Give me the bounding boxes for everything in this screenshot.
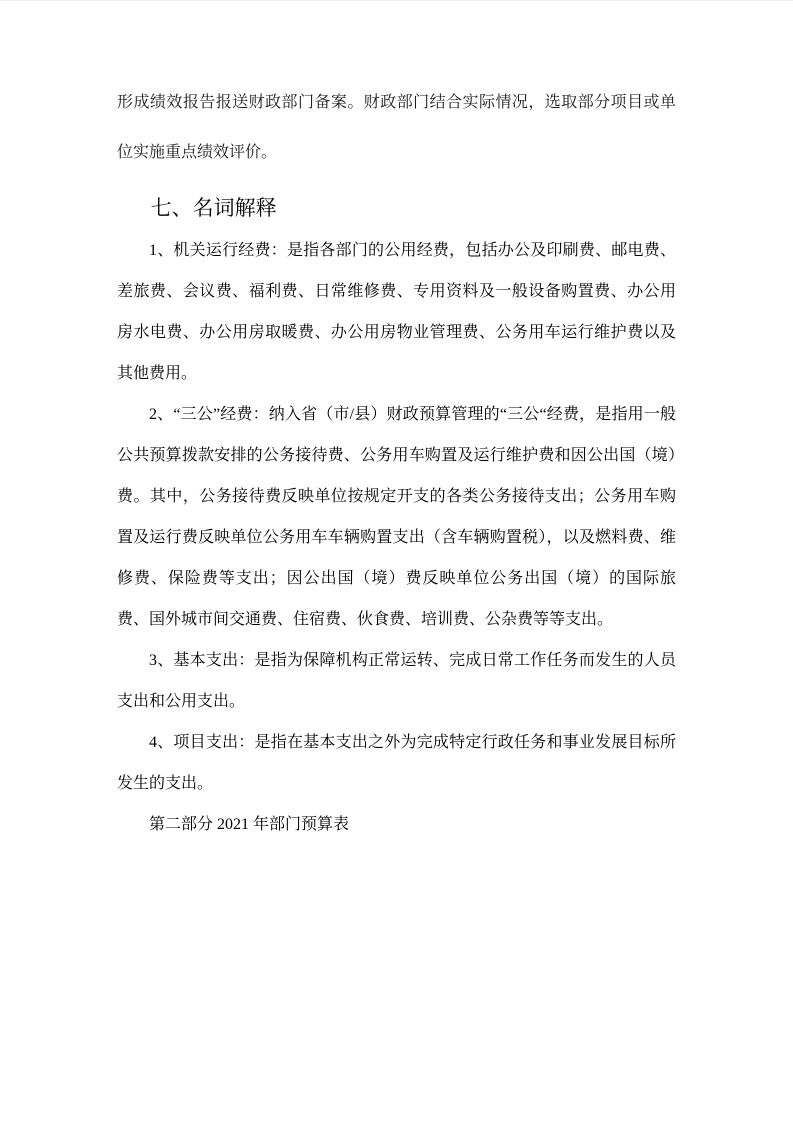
part-two-heading-budget-tables: 第二部分 2021 年部门预算表 — [117, 804, 676, 845]
continued-paragraph-performance-evaluation: 形成绩效报告报送财政部门备案。财政部门结合实际情况，选取部分项目或单位实施重点绩… — [117, 78, 676, 178]
glossary-item-three-public-funds: 2、“三公”经费：纳入省（市/县）财政预算管理的“三公“经费，是指用一般公共预算… — [117, 394, 676, 640]
glossary-item-agency-operating-funds: 1、机关运行经费：是指各部门的公用经费，包括办公及印刷费、邮电费、差旅费、会议费… — [117, 230, 676, 394]
section-heading-glossary: 七、名词解释 — [117, 186, 676, 230]
glossary-item-project-expenditure: 4、项目支出：是指在基本支出之外为完成特定行政任务和事业发展目标所发生的支出。 — [117, 722, 676, 804]
glossary-item-basic-expenditure: 3、基本支出：是指为保障机构正常运转、完成日常工作任务而发生的人员支出和公用支出… — [117, 640, 676, 722]
document-page: 形成绩效报告报送财政部门备案。财政部门结合实际情况，选取部分项目或单位实施重点绩… — [0, 0, 793, 1122]
